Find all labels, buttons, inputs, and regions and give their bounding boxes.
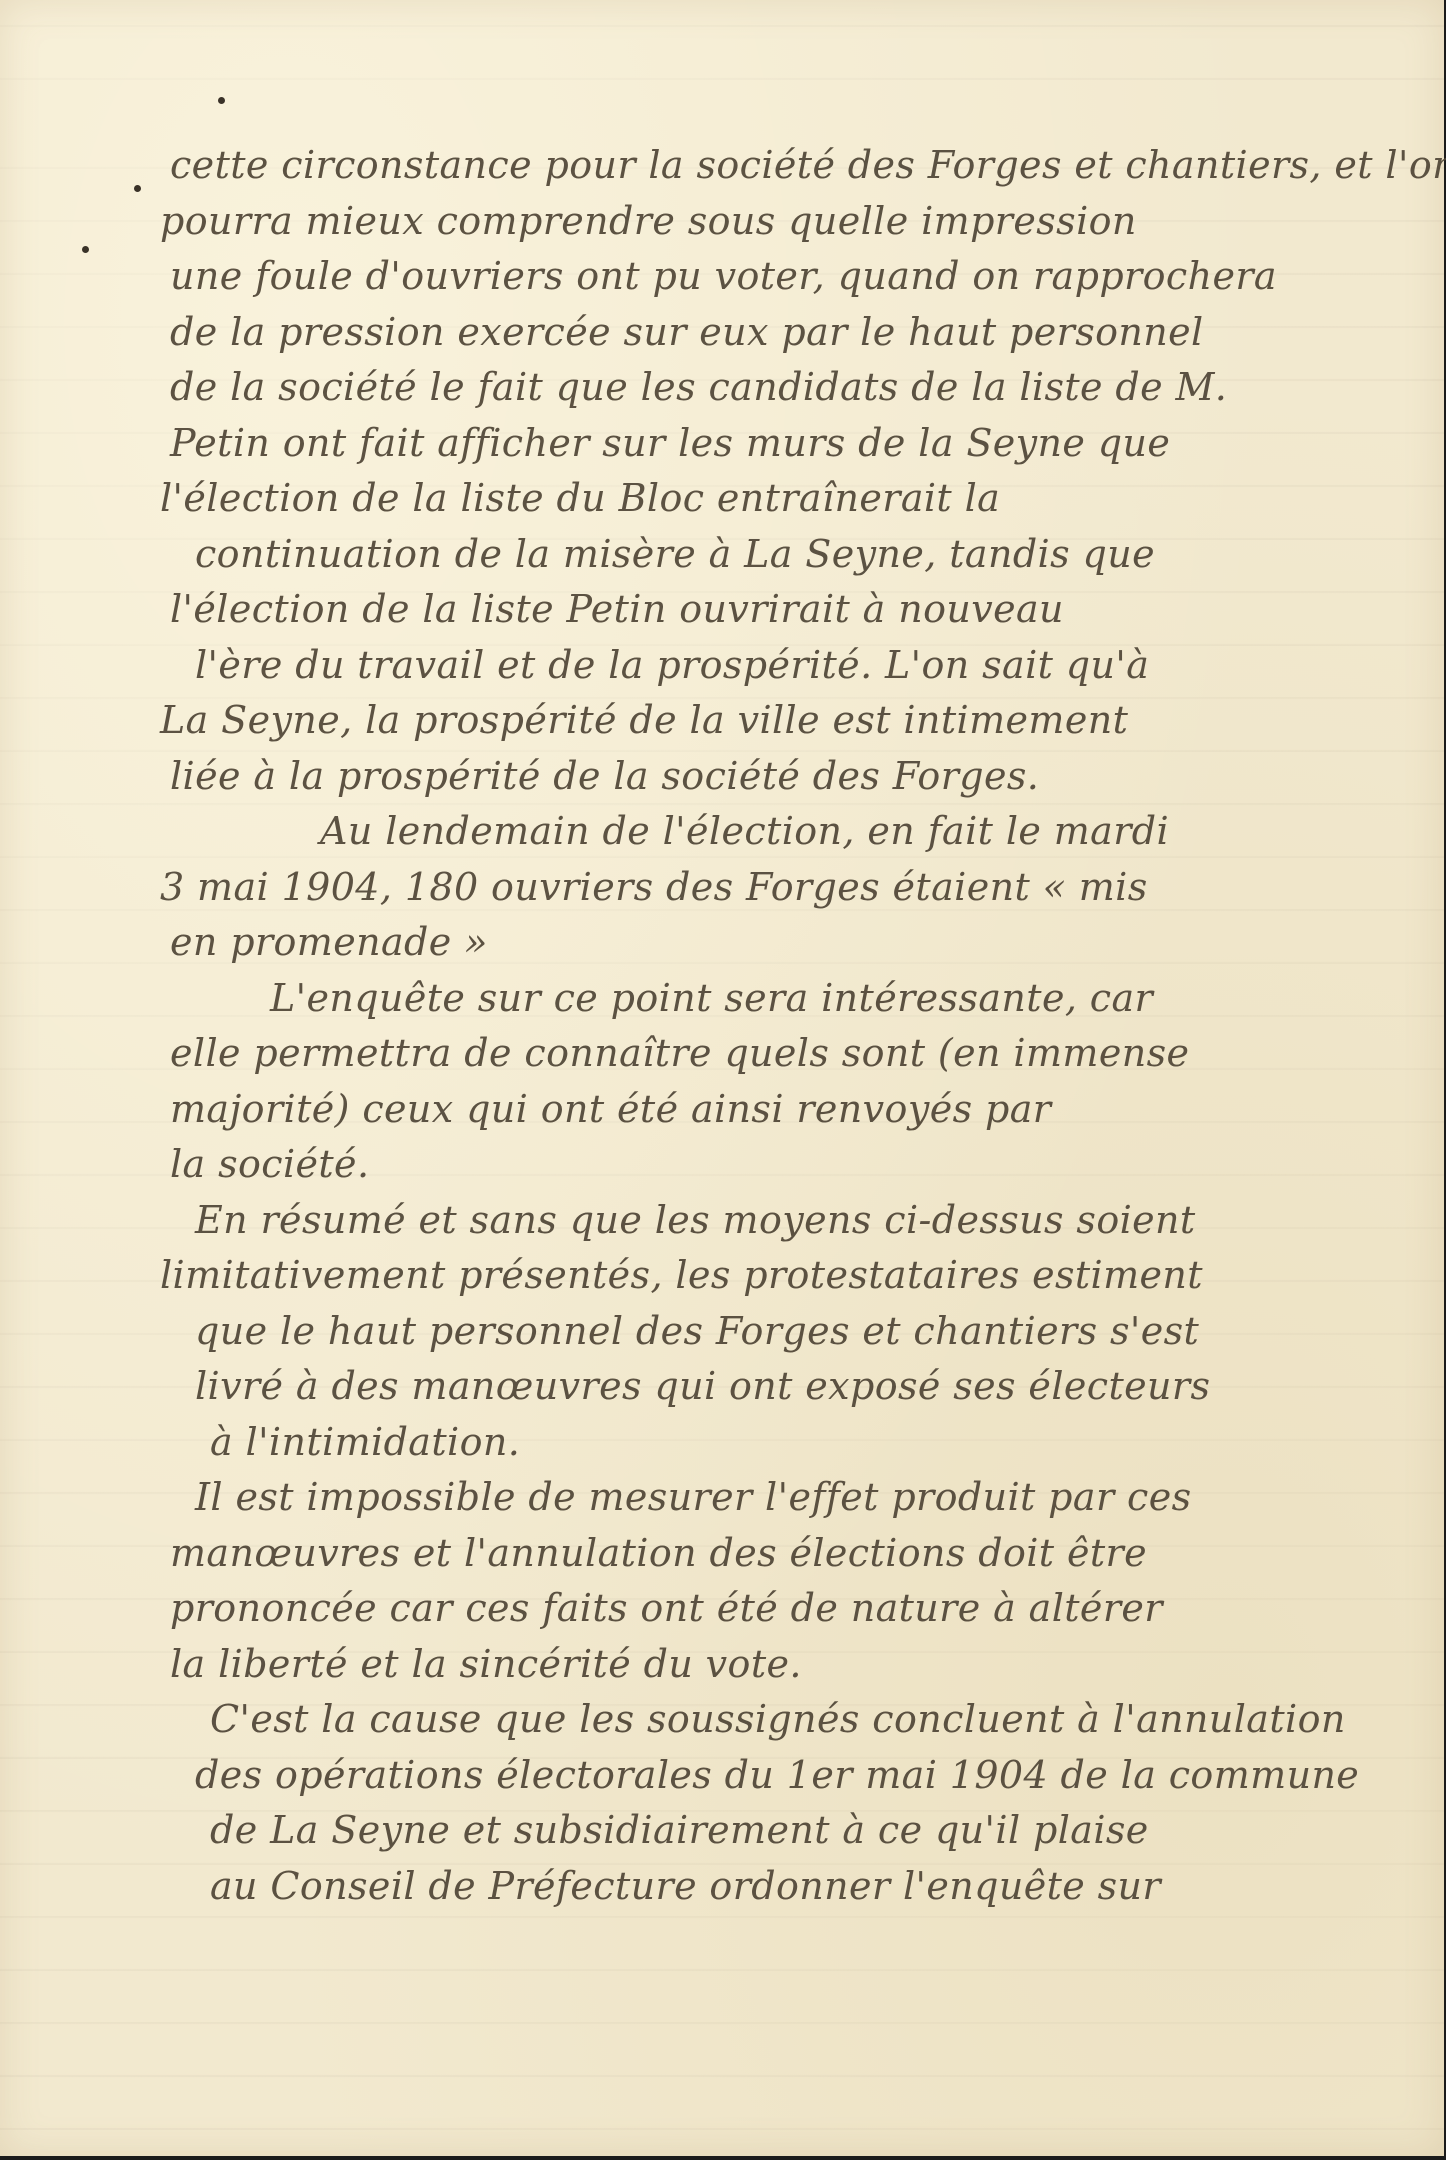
text-line: pourra mieux comprendre sous quelle impr… xyxy=(160,194,1420,250)
text-line: liée à la prospérité de la société des F… xyxy=(170,749,1420,805)
text-line: manœuvres et l'annulation des élections … xyxy=(170,1526,1420,1582)
text-line: au Conseil de Préfecture ordonner l'enqu… xyxy=(170,1859,1420,1915)
text-line: une foule d'ouvriers ont pu voter, quand… xyxy=(170,249,1420,305)
manuscript-page: cette circonstance pour la société des F… xyxy=(0,0,1444,2156)
text-line: en promenade » xyxy=(170,915,1420,971)
text-line: elle permettra de connaître quels sont (… xyxy=(170,1026,1420,1082)
text-line: 3 mai 1904, 180 ouvriers des Forges étai… xyxy=(160,860,1420,916)
text-line: l'ère du travail et de la prospérité. L'… xyxy=(170,638,1420,694)
text-line: l'élection de la liste Petin ouvrirait à… xyxy=(170,582,1420,638)
text-line: continuation de la misère à La Seyne, ta… xyxy=(170,527,1420,583)
text-line: livré à des manœuvres qui ont exposé ses… xyxy=(170,1359,1420,1415)
text-line: Petin ont fait afficher sur les murs de … xyxy=(170,416,1420,472)
text-line: de la pression exercée sur eux par le ha… xyxy=(170,305,1420,361)
text-line: la liberté et la sincérité du vote. xyxy=(170,1637,1420,1693)
text-line: limitativement présentés, les protestata… xyxy=(160,1248,1420,1304)
text-line: la société. xyxy=(170,1137,1420,1193)
paragraph-start-line: Au lendemain de l'élection, en fait le m… xyxy=(170,804,1420,860)
text-line: l'élection de la liste du Bloc entraîner… xyxy=(160,471,1420,527)
text-line: La Seyne, la prospérité de la ville est … xyxy=(160,693,1420,749)
text-line: prononcée car ces faits ont été de natur… xyxy=(170,1581,1420,1637)
paragraph-start-line: Il est impossible de mesurer l'effet pro… xyxy=(170,1470,1420,1526)
paragraph-start-line: En résumé et sans que les moyens ci-dess… xyxy=(170,1193,1420,1249)
text-line: à l'intimidation. xyxy=(170,1415,1420,1471)
paragraph-start-line: C'est la cause que les soussignés conclu… xyxy=(170,1692,1420,1748)
margin-dot-mark xyxy=(134,185,141,192)
margin-dot-mark xyxy=(218,97,225,104)
text-line: de la société le fait que les candidats … xyxy=(170,360,1420,416)
text-line: cette circonstance pour la société des F… xyxy=(170,138,1420,194)
text-line: que le haut personnel des Forges et chan… xyxy=(170,1304,1420,1360)
handwritten-text-body: cette circonstance pour la société des F… xyxy=(170,138,1420,1914)
text-line: des opérations électorales du 1er mai 19… xyxy=(170,1748,1420,1804)
paragraph-start-line: L'enquête sur ce point sera intéressante… xyxy=(170,971,1420,1027)
text-line: de La Seyne et subsidiairement à ce qu'i… xyxy=(170,1803,1420,1859)
text-line: majorité) ceux qui ont été ainsi renvoyé… xyxy=(170,1082,1420,1138)
margin-dot-mark xyxy=(82,246,89,253)
